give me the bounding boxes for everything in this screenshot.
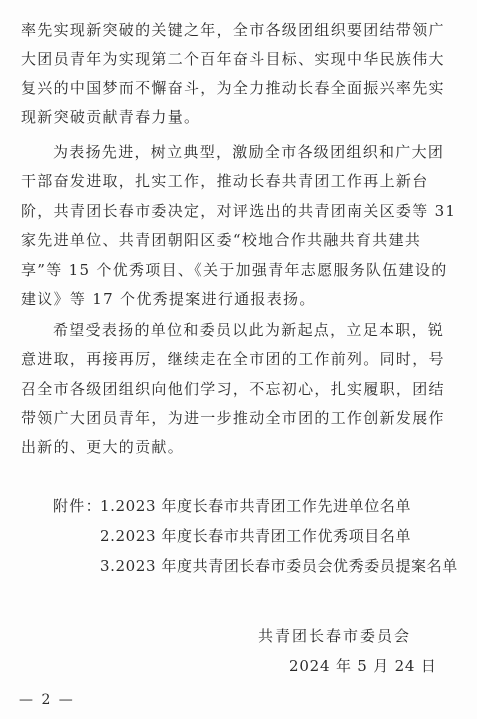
attachment-item: 1.2023 年度长春市共青团工作先进单位名单 [100,497,411,515]
paragraph-line: 阶，共青团长春市委决定，对评选出的共青团南关区委等 31 [21,202,456,220]
paragraph-line: 希望受表扬的单位和委员以此为新起点，立足本职，锐 [53,321,444,339]
paragraph-line: 出新的、更大的贡献。 [21,438,184,456]
paragraph-line: 现新突破贡献青春力量。 [21,108,200,126]
attachment-item: 2.2023 年度长春市共青团工作优秀项目名单 [100,527,411,545]
signature-organization: 共青团长春市委员会 [258,627,411,645]
attachments-label: 附件： [53,497,102,515]
paragraph-line: 意进取，再接再厉，继续走在全市团的工作前列。同时，号 [21,350,445,368]
paragraph-line: 建议》等 17 个优秀提案进行通报表扬。 [21,290,316,308]
paragraph-line: 为表扬先进，树立典型，激励全市各级团组织和广大团 [53,143,444,161]
document-page: 率先实现新突破的关键之年，全市各级团组织要团结带领广 大团员青年为实现第二个百年… [0,0,477,719]
attachment-item: 3.2023 年度共青团长春市委员会优秀委员提案名单 [100,557,458,575]
paragraph-line: 家先进单位、共青团朝阳区委“校地合作共融共育共建共 [21,231,421,249]
paragraph-line: 复兴的中国梦而不懈奋斗，为全力推动长春全面振兴率先实 [21,79,445,97]
paragraph-line: 干部奋发进取，扎实工作，推动长春共青团工作再上新台 [21,172,429,190]
page-number: — 2 — [19,691,75,709]
paragraph-line: 率先实现新突破的关键之年，全市各级团组织要团结带领广 [21,21,445,39]
paragraph-line: 召全市各级团组织向他们学习，不忘初心，扎实履职，团结 [21,380,445,398]
signature-date: 2024 年 5 月 24 日 [289,657,437,675]
paragraph-line: 带领广大团员青年，为进一步推动全市团的工作创新发展作 [21,409,445,427]
paragraph-line: 大团员青年为实现第二个百年奋斗目标、实现中华民族伟大 [21,50,445,68]
paragraph-line: 享”等 15 个优秀项目、《关于加强青年志愿服务队伍建设的 [21,261,448,279]
